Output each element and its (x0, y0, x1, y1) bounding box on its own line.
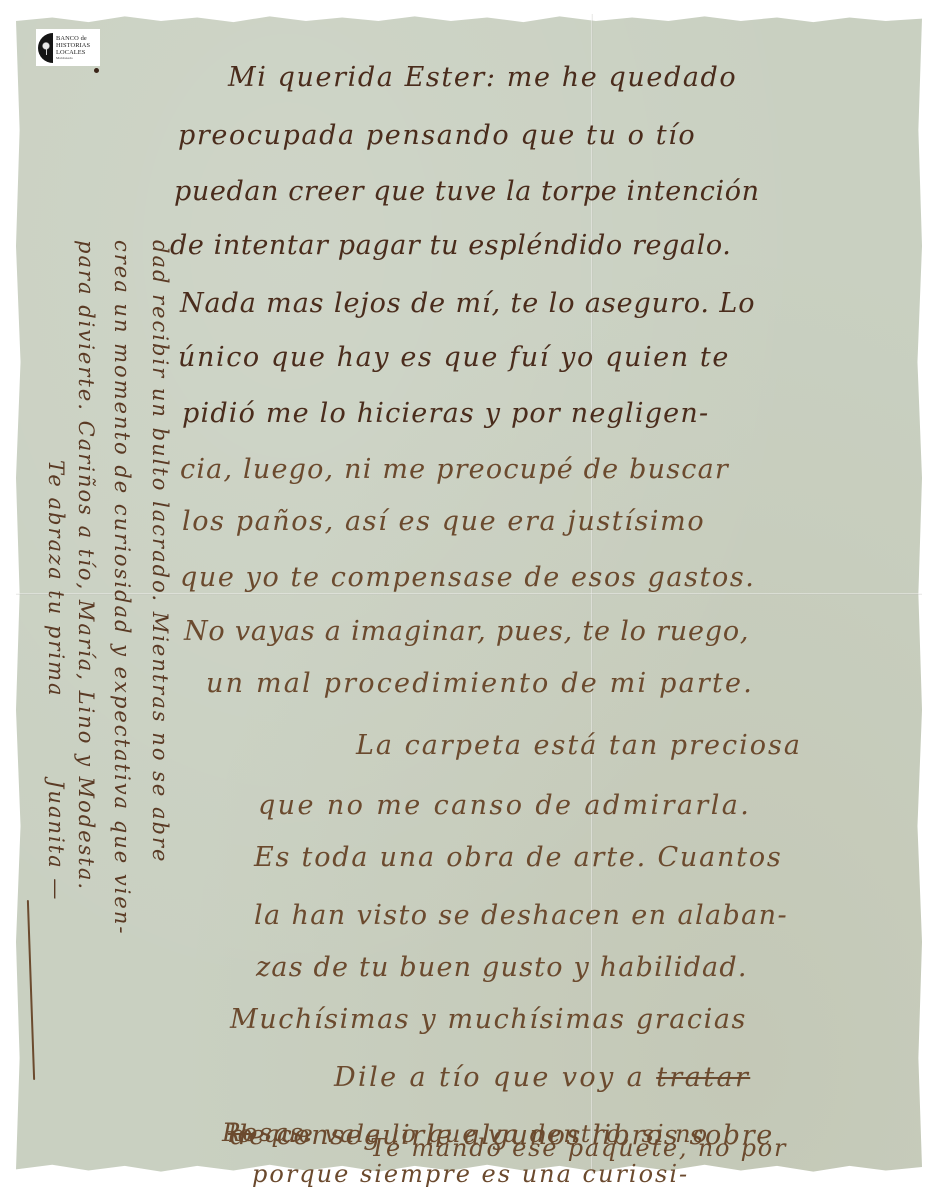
margin-line: crea un momento de curiosidad y expectat… (110, 240, 134, 935)
letter-line: zas de tu buen gusto y habilidad. (256, 952, 748, 983)
margin-line: para divierte. Cariños a tío, María, Lin… (74, 240, 98, 891)
margin-postscript: dad recibir un bulto lacrado. Mientras n… (0, 80, 196, 1170)
letter-line: único que hay es que fuí yo quien te (178, 342, 730, 373)
letter-line: Nada mas lejos de mí, te lo aseguro. Lo (180, 288, 755, 319)
letter-line-text: que vale lo que va dentro, si no (264, 1120, 709, 1148)
letter-line: No vayas a imaginar, pues, te lo ruego, (184, 616, 749, 647)
margin-line: dad recibir un bulto lacrado. Mientras n… (148, 240, 172, 863)
letter-line: los paños, así es que era justísimo (182, 506, 705, 537)
logo-text: BANCO de HISTORIAS LOCALES Maldonado (56, 35, 90, 61)
letter-line: de intentar pagar tu espléndido regalo. (170, 230, 731, 261)
letter-line: que yo te compensase de esos gastos. (180, 562, 756, 593)
logo-line-1: BANCO de (56, 35, 90, 42)
margin-signature: Juanita — (44, 780, 68, 901)
struck-word: tratar (656, 1062, 750, 1093)
letter-line-text: Dile a tío que voy a (334, 1062, 645, 1093)
letter-line: cia, luego, ni me preocupé de buscar (180, 454, 729, 485)
letter-line: que no me canso de admirarla. (258, 790, 751, 821)
logo-line-2: HISTORIAS (56, 42, 90, 49)
tree-emblem-icon (38, 33, 53, 63)
logo-line-4: Maldonado (56, 56, 90, 61)
letter-line: porque siempre es una curiosi- (252, 1160, 689, 1188)
letter-line: La carpeta está tan preciosa (356, 730, 802, 761)
letter-line: Mi querida Ester: me he quedado (228, 62, 737, 93)
letter-line: Dile a tío que voy a tratar (334, 1062, 750, 1093)
letter-line: la han visto se deshacen en alaban- (254, 900, 788, 931)
letter-line: Muchísimas y muchísimas gracias (230, 1004, 747, 1035)
logo-line-3: LOCALES (56, 49, 90, 56)
banco-historias-locales-logo: BANCO de HISTORIAS LOCALES Maldonado (36, 29, 100, 66)
letter-line: lo que vale lo que va dentro, si no (228, 1120, 709, 1148)
letter-line: un mal procedimiento de mi parte. (206, 668, 754, 699)
letter-line: Es toda una obra de arte. Cuantos (254, 842, 783, 873)
margin-line: Te abraza tu prima (44, 460, 68, 698)
ink-spot (94, 68, 99, 73)
struck-word: lo (228, 1120, 254, 1148)
letter-line: preocupada pensando que tu o tío (178, 120, 696, 151)
letter-line: puedan creer que tuve la torpe intención (174, 176, 760, 207)
letter-line: pidió me lo hicieras y por negligen- (182, 398, 709, 429)
